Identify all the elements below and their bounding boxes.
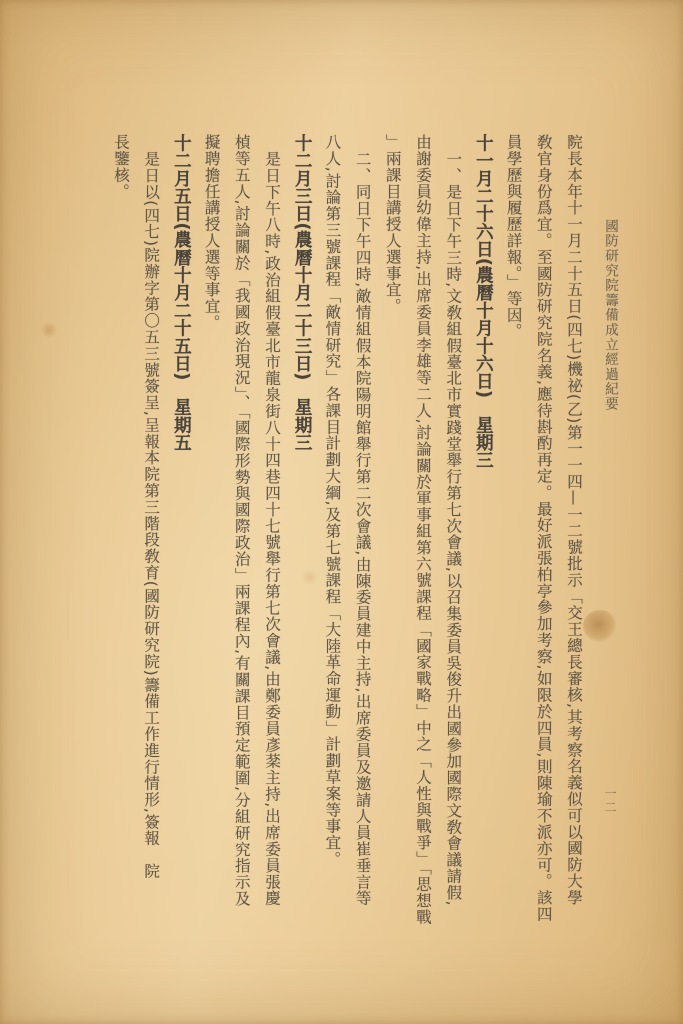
text-column: 八人,討論第三號課程「敵情研究」各課目計劃大綱,及第七號課程「大陸革命運動」計劃… [317,134,347,974]
text-column: 十二月五日(農曆十月二十五日) 星期五 [166,134,196,974]
text-column: 是日以(四七)院辦字第〇五三號簽呈,呈報本院第三階段敎育(國防研究院)籌備工作進… [136,134,166,974]
text-column: 員學歷與履歷詳報。」等因。 [498,134,528,974]
text-column: 楨等五人,討論關於「我國政治現況」、「國際形勢與國際政治」兩課程內,有關課目預定… [227,134,257,974]
text-column: 由謝委員幼偉主持,出席委員李雄等二人,討論關於軍事組第六號課程「國家戰略」中之「… [408,134,438,974]
text-column: 一、是日下午三時,文敎組假臺北市實踐堂舉行第七次會議,以召集委員吳俊升出國參加國… [438,134,468,974]
page-number: 一二 [602,787,619,815]
document-page: 國防研究院籌備成立經過紀要 一二 院長本年十一月二十五日(四七)機祕(乙)第一一… [0,0,683,1024]
text-column: 敎官身份爲宜。至國防研究院名義,應待斟酌再定。最好派張柏亭參加考察,如限於四員,… [529,134,559,974]
text-column: 二、同日下午四時,敵情組假本院陽明館舉行第二次會議,由陳委員建中主持,出席委員及… [347,134,377,974]
text-column: 是日下午八時,政治組假臺北市龍泉街八十四巷四十七號舉行第七次會議,由鄭委員彥棻主… [257,134,287,974]
text-column: 十二月三日(農曆十月二十三日) 星期三 [287,134,317,974]
text-column: 院長本年十一月二十五日(四七)機祕(乙)第一一四—一二號批示「交王總長審核,其考… [559,134,589,974]
text-column: 十一月二十六日(農曆十月十六日) 星期三 [468,134,498,974]
text-column: 擬聘擔任講授人選等事宜。 [196,134,226,974]
paper-stain [40,322,58,338]
text-column: 長鑒核。 [106,134,136,974]
text-column: 」兩課目講授人選事宜。 [378,134,408,974]
text-body: 院長本年十一月二十五日(四七)機祕(乙)第一一四—一二號批示「交王總長審核,其考… [106,134,589,974]
margin-title: 國防研究院籌備成立經過紀要 [600,219,620,411]
